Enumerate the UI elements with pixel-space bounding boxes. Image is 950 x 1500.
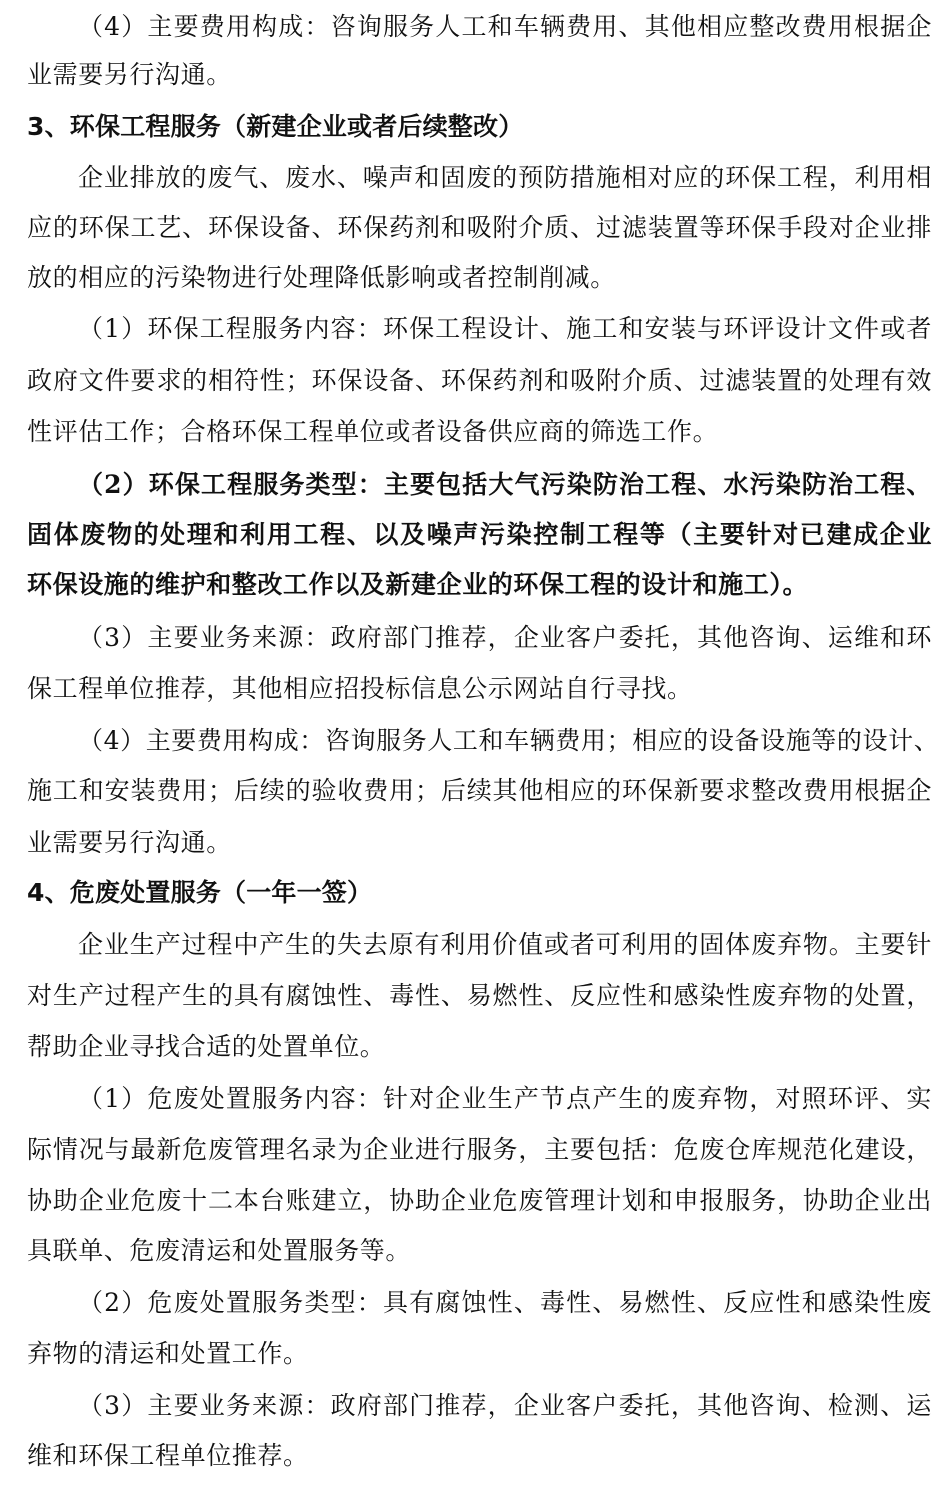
hazardous-content-line-2: 际情况与最新危废管理名录为企业进行服务，主要包括：危废仓库规范化建设， <box>27 1135 932 1165</box>
env-engineering-content-line-1: （1）环保工程服务内容：环保工程设计、施工和安装与环评设计文件或者 <box>78 314 932 344</box>
hazardous-sources-line-2: 维和环保工程单位推荐。 <box>27 1441 932 1471</box>
env-engineering-fees-line-2: 施工和安装费用；后续的验收费用；后续其他相应的环保新要求整改费用根据企 <box>27 776 932 806</box>
env-engineering-types-line-1: （2）环保工程服务类型：主要包括大气污染防治工程、水污染防治工程、 <box>78 470 932 500</box>
env-engineering-types-line-2: 固体废物的处理和利用工程、以及噪声污染控制工程等（主要针对已建成企业 <box>27 520 932 550</box>
env-engineering-intro-line-3: 放的相应的污染物进行处理降低影响或者控制削减。 <box>27 263 932 293</box>
fee-composition-line-2: 业需要另行沟通。 <box>27 60 932 90</box>
hazardous-content-line-4: 具联单、危废清运和处置服务等。 <box>27 1236 932 1266</box>
env-engineering-content-line-3: 性评估工作；合格环保工程单位或者设备供应商的筛选工作。 <box>27 417 932 447</box>
env-engineering-content-line-2: 政府文件要求的相符性；环保设备、环保药剂和吸附介质、过滤装置的处理有效 <box>27 366 932 396</box>
hazardous-content-line-3: 协助企业危废十二本台账建立，协助企业危废管理计划和申报服务，协助企业出 <box>27 1186 932 1216</box>
document-page: （4）主要费用构成：咨询服务人工和车辆费用、其他相应整改费用根据企 业需要另行沟… <box>0 0 950 1500</box>
env-engineering-types-line-3: 环保设施的维护和整改工作以及新建企业的环保工程的设计和施工）。 <box>27 570 932 600</box>
env-engineering-intro-line-1: 企业排放的废气、废水、噪声和固废的预防措施相对应的环保工程，利用相 <box>78 163 932 193</box>
env-engineering-fees-line-3: 业需要另行沟通。 <box>27 828 932 858</box>
hazardous-types-line-2: 弃物的清运和处置工作。 <box>27 1339 932 1369</box>
hazardous-sources-line-1: （3）主要业务来源：政府部门推荐，企业客户委托，其他咨询、检测、运 <box>78 1391 932 1421</box>
env-engineering-sources-line-2: 保工程单位推荐，其他相应招投标信息公示网站自行寻找。 <box>27 674 932 704</box>
hazardous-content-line-1: （1）危废处置服务内容：针对企业生产节点产生的废弃物，对照环评、实 <box>78 1084 932 1114</box>
hazardous-intro-line-1: 企业生产过程中产生的失去原有利用价值或者可利用的固体废弃物。主要针 <box>78 930 932 960</box>
hazardous-types-line-1: （2）危废处置服务类型：具有腐蚀性、毒性、易燃性、反应性和感染性废 <box>78 1288 932 1318</box>
env-engineering-intro-line-2: 应的环保工艺、环保设备、环保药剂和吸附介质、过滤装置等环保手段对企业排 <box>27 213 932 243</box>
env-engineering-fees-line-1: （4）主要费用构成：咨询服务人工和车辆费用；相应的设备设施等的设计、 <box>78 726 932 756</box>
section-heading-env-engineering: 3、环保工程服务（新建企业或者后续整改） <box>27 112 932 142</box>
fee-composition-line-1: （4）主要费用构成：咨询服务人工和车辆费用、其他相应整改费用根据企 <box>78 12 932 42</box>
section-heading-hazardous-waste: 4、危废处置服务（一年一签） <box>27 878 932 908</box>
hazardous-intro-line-3: 帮助企业寻找合适的处置单位。 <box>27 1032 932 1062</box>
hazardous-intro-line-2: 对生产过程产生的具有腐蚀性、毒性、易燃性、反应性和感染性废弃物的处置， <box>27 981 932 1011</box>
env-engineering-sources-line-1: （3）主要业务来源：政府部门推荐，企业客户委托，其他咨询、运维和环 <box>78 623 932 653</box>
